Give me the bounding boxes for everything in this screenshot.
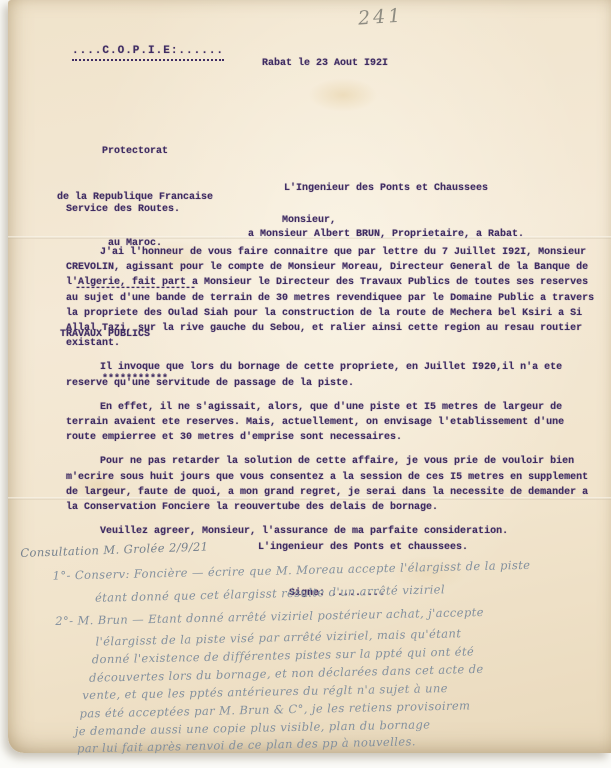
handwritten-line: étant donné que cet élargisst résulte d'…: [95, 582, 445, 605]
handwritten-line: vente, et que les pptés antérieures du r…: [82, 681, 448, 702]
handwritten-notes: Consultation M. Grolée 2/9/21 1°- Conser…: [0, 0, 611, 768]
handwritten-line: 1°- Conserv: Foncière — écrire que M. Mo…: [53, 558, 531, 583]
handwritten-line: par lui fait après renvoi de ce plan des…: [77, 734, 416, 755]
handwritten-line: 2°- M. Brun — Etant donné arrêté vizirie…: [55, 605, 484, 628]
handwritten-line: Consultation M. Grolée 2/9/21: [20, 539, 209, 560]
